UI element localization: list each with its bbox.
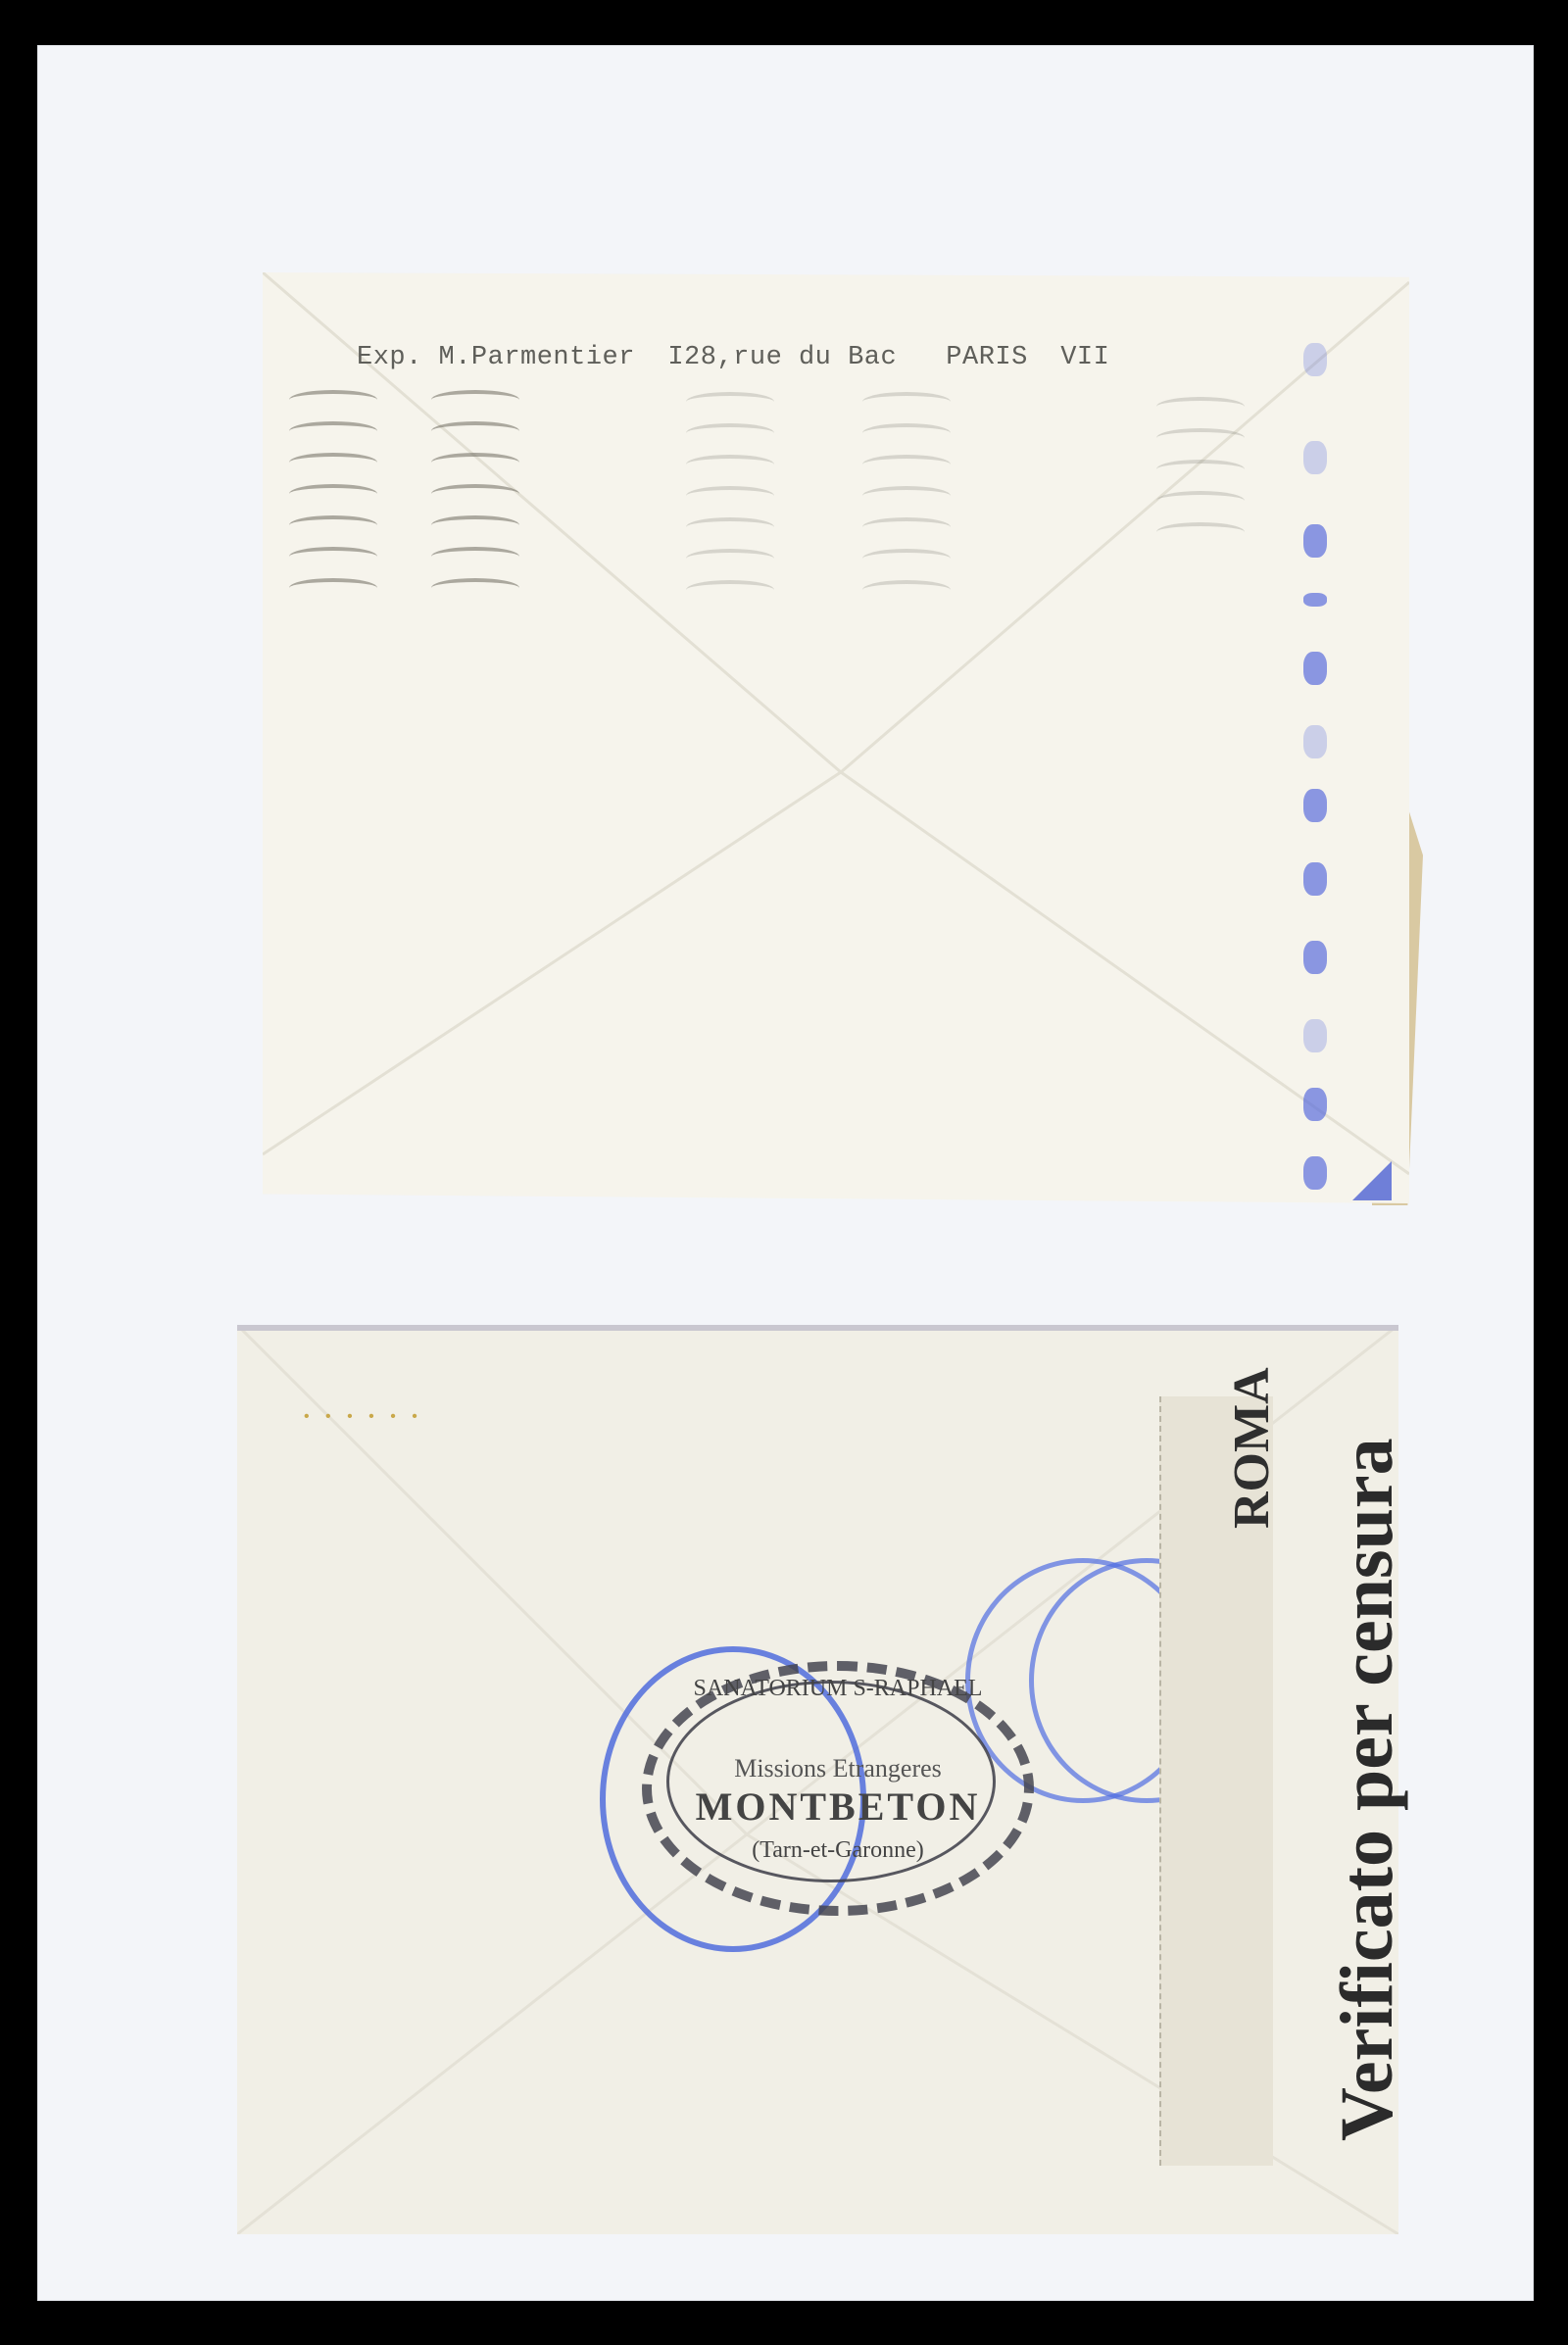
envelope-bottom-edge bbox=[237, 1325, 1398, 1331]
cancel-lines-1 bbox=[289, 390, 377, 610]
stamp-line-2: Missions Etrangeres bbox=[686, 1754, 990, 1783]
return-address: Exp. M.Parmentier I28,rue du Bac PARIS V… bbox=[357, 343, 1109, 372]
stamp-line-4: (Tarn-et-Garonne) bbox=[686, 1837, 990, 1864]
censor-label-city: ROMA bbox=[1223, 1367, 1281, 1529]
cancel-lines-2 bbox=[431, 390, 519, 610]
stamp-line-1: SANATORIUM S-RAPHAEL bbox=[686, 1676, 990, 1702]
blue-tape-corner bbox=[1352, 1161, 1392, 1200]
stain-dots: • • • • • • bbox=[304, 1408, 423, 1426]
cancel-lines-3 bbox=[686, 392, 774, 611]
cancel-lines-4 bbox=[862, 392, 951, 611]
stamp-line-3: MONTBETON bbox=[676, 1783, 1000, 1830]
cancel-lines-5 bbox=[1156, 397, 1245, 554]
censor-label-text: Verificato per censura bbox=[1325, 1438, 1410, 2141]
blue-censor-marks bbox=[1303, 314, 1333, 1196]
